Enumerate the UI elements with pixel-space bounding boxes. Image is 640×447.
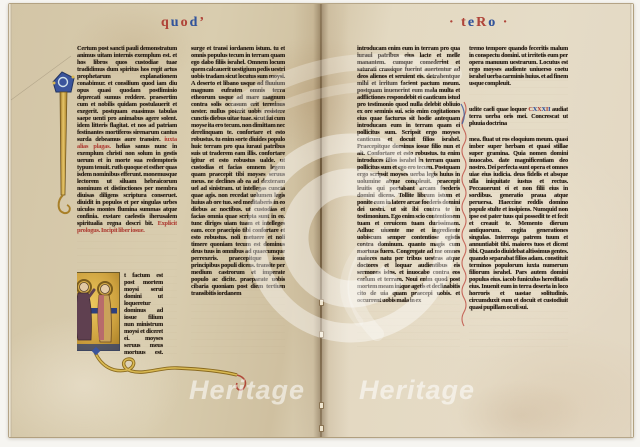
parchment-left-edge [9, 4, 12, 437]
canticle-text: mea. fluat ut ros eloquium meum. quasi i… [469, 136, 568, 347]
manuscript-bifolium: quod’ · teRo · Certum post sancti pauli … [8, 3, 634, 438]
heritage-watermark-left: Heritage [189, 375, 305, 406]
historiated-initial-E [77, 272, 120, 351]
canticle-opening-row: A udite caeli quae loquor CXXXII audiat … [469, 106, 568, 136]
heritage-watermark-right: Heritage [359, 375, 475, 406]
center-fold [293, 4, 349, 437]
photo-frame: quod’ · teRo · Certum post sancti pauli … [0, 0, 640, 447]
fold-stitch [319, 425, 324, 432]
text-column-right-1: introducam enim eum in terram pro qua iu… [357, 45, 460, 347]
book-opening-row: t factum est post mortem moysi serui dom… [77, 272, 177, 356]
prologue-text: Certum post sancti pauli demonstratum an… [77, 45, 177, 272]
running-title-right: · teRo · [449, 15, 509, 31]
fold-stitch [319, 299, 324, 306]
deut-31-text: tremo tempore quando feceritis malum in … [469, 45, 568, 106]
text-column-right-2: tremo tempore quando feceritis malum in … [469, 45, 568, 347]
parchment-right-edge [630, 4, 633, 437]
joshua-opening-text: t factum est post mortem moysi serui dom… [124, 272, 163, 356]
canticle-first-lines: udite caeli quae loquor CXXXII audiat te… [469, 106, 568, 136]
running-title-left: quod’ [161, 15, 206, 31]
text-column-left-1: Certum post sancti pauli demonstratum an… [77, 45, 177, 358]
fold-stitch [319, 402, 324, 409]
illuminated-initial-I [50, 71, 78, 223]
text-column-left-2: surge et transi iordanem istum. tu et om… [191, 45, 285, 358]
fold-stitch [319, 331, 324, 338]
